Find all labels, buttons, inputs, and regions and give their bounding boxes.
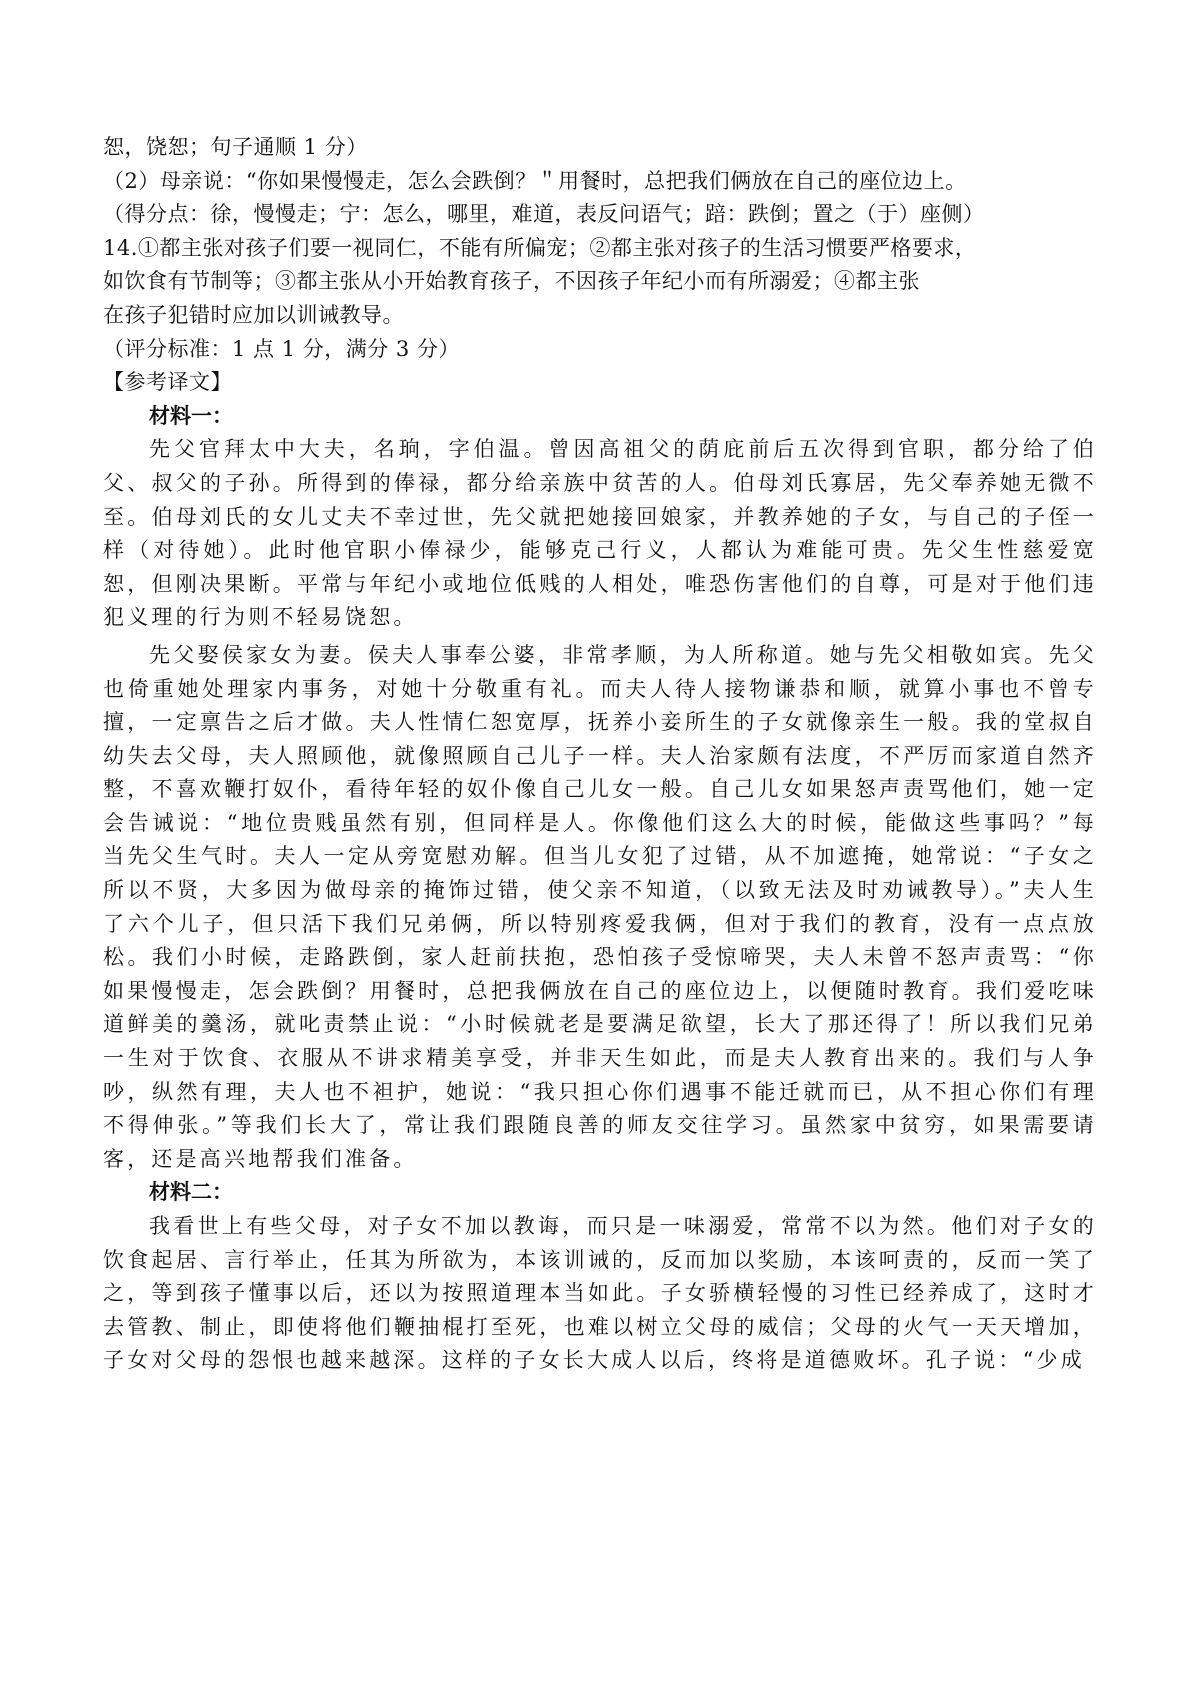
document-page: 恕，饶恕；句子通顺 1 分） （2）母亲说：“你如果慢慢走，怎么会跌倒？＂用餐时… xyxy=(103,131,1097,1378)
answer-13-2-scoring-points: （得分点：徐，慢慢走；宁：怎么，哪里，难道，表反问语气；踣：跌倒；置之（于）座侧… xyxy=(103,198,1097,232)
answer-14-scoring: （评分标准：1 点 1 分，满分 3 分） xyxy=(103,333,1097,367)
material-two-paragraph-1: 我看世上有些父母，对子女不加以教诲，而只是一味溺爱，常常不以为然。他们对子女的饮… xyxy=(103,1210,1097,1378)
answer-14-line-3: 在孩子犯错时应加以训诫教导。 xyxy=(103,299,1097,333)
material-one-paragraph-2: 先父娶侯家女为妻。侯夫人事奉公婆，非常孝顺，为人所称道。她与先父相敬如宾。先父也… xyxy=(103,639,1097,1177)
answer-14-line-2: 如饮食有节制等；③都主张从小开始教育孩子，不因孩子年纪小而有所溺爱；④都主张 xyxy=(103,265,1097,299)
answer-13-2: （2）母亲说：“你如果慢慢走，怎么会跌倒？＂用餐时，总把我们俩放在自己的座位边上… xyxy=(103,165,1097,199)
answer-13-1-end: 恕，饶恕；句子通顺 1 分） xyxy=(103,131,1097,165)
answer-14-line-1: 14.①都主张对孩子们要一视同仁，不能有所偏宠；②都主张对孩子的生活习惯要严格要… xyxy=(103,232,1097,266)
translation-title: 【参考译文】 xyxy=(103,366,1097,400)
material-two-heading: 材料二： xyxy=(103,1176,1097,1210)
material-one-heading: 材料一： xyxy=(103,400,1097,434)
material-one-paragraph-1: 先父官拜太中大夫，名珦，字伯温。曾因高祖父的荫庇前后五次得到官职，都分给了伯父、… xyxy=(103,433,1097,635)
